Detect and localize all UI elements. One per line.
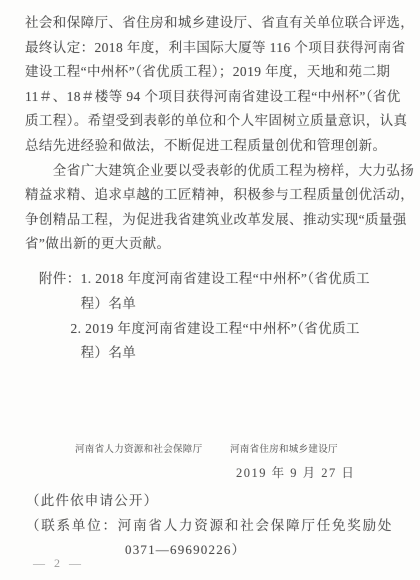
body-line: 最终认定：2018 年度，利丰国际大厦等 116 个项目获得河南省 xyxy=(25,36,407,61)
body-line: 争创精品工程，为促进我省建筑业改革发展、推动实现“质量强 xyxy=(25,208,407,233)
signature-date: 2019 年 9 月 27 日 xyxy=(236,463,355,481)
page-number: — 2 — xyxy=(33,556,84,571)
scanned-document-page: 社会和保障厅、省住房和城乡建设厅、省直有关单位联合评选，最终认定：2018 年度… xyxy=(0,0,420,580)
attachment-list: 附件：1. 2018 年度河南省建设工程“中州杯”（省优质工 程）名单 2. 2… xyxy=(25,267,407,366)
signing-org-housing-construction: 河南省住房和城乡建设厅 xyxy=(230,441,338,455)
body-line: 11＃、18＃楼等 94 个项目获得河南省建设工程“中州杯”（省优 xyxy=(25,85,407,110)
body-line: 省”做出新的更大贡献。 xyxy=(25,232,407,257)
body-line: 全省广大建筑企业要以受表彰的优质工程为榜样，大力弘扬 xyxy=(25,159,407,184)
body-line: 建设工程“中州杯”（省优质工程）；2019 年度，天地和苑二期 xyxy=(25,60,407,85)
body-line: 社会和保障厅、省住房和城乡建设厅、省直有关单位联合评选， xyxy=(25,11,407,36)
attachment-line: 2. 2019 年度河南省建设工程“中州杯”（省优质工 xyxy=(25,317,407,342)
body-line: 总结先进经验和做法，不断促进工程质量创优和管理创新。 xyxy=(25,134,407,159)
body-line: 质工程）。希望受到表彰的单位和个人牢固树立质量意识，认真 xyxy=(25,109,407,134)
body-paragraphs: 社会和保障厅、省住房和城乡建设厅、省直有关单位联合评选，最终认定：2018 年度… xyxy=(25,11,407,257)
disclosure-note: （此件依申请公开） xyxy=(26,489,158,509)
attachment-line: 程）名单 xyxy=(25,292,407,317)
attachment-line: 附件：1. 2018 年度河南省建设工程“中州杯”（省优质工 xyxy=(25,267,407,292)
contact-unit-note: （联系单位：河南省人力资源和社会保障厅任免奖励处 xyxy=(26,514,393,534)
body-line: 精益求精、追求卓越的工匠精神，积极参与工程质量创优活动， xyxy=(25,183,407,208)
attachment-line: 程）名单 xyxy=(25,341,407,366)
signing-org-human-resources: 河南省人力资源和社会保障厅 xyxy=(75,441,202,455)
contact-phone: 0371—69690226） xyxy=(125,539,246,558)
